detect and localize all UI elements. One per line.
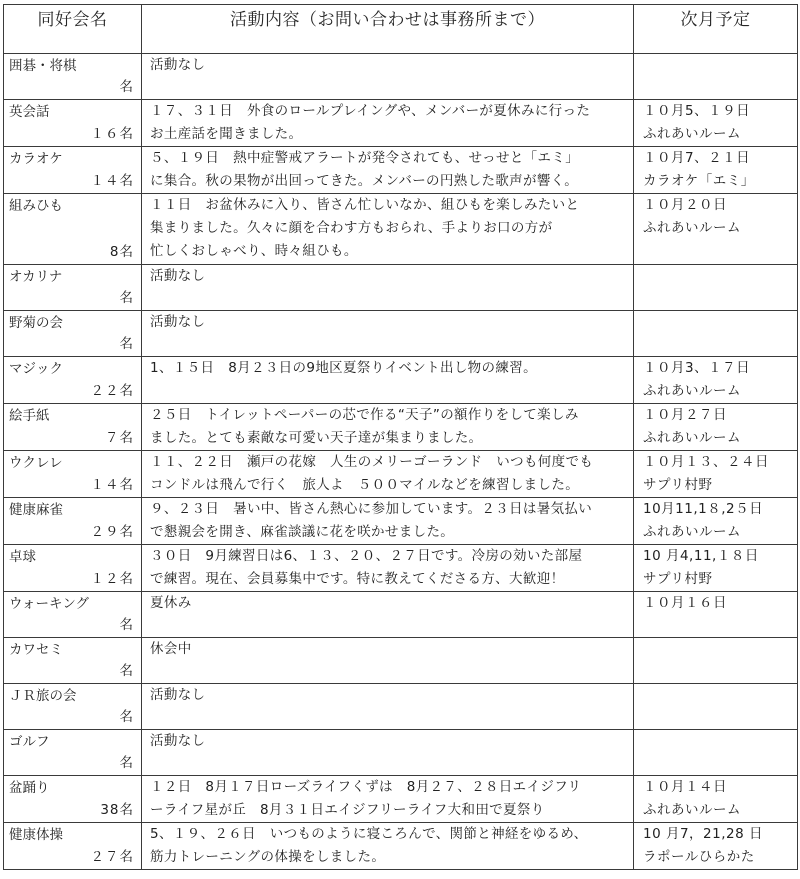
next-place: サプリ村野	[643, 474, 793, 497]
club-name: 盆踊り	[4, 776, 141, 799]
club-name-cell: カワセミ 名	[4, 638, 142, 684]
club-name: カワセミ	[4, 638, 141, 661]
club-name: ゴルフ	[4, 730, 141, 753]
member-count: 名	[120, 614, 135, 636]
table-row: 健康体操 ２７名 5、１９、２６日 いつものように寝ころんで、関節と神経をゆるめ…	[4, 823, 798, 870]
header-next-schedule: 次月予定	[634, 5, 798, 54]
member-count: 名	[120, 333, 135, 355]
member-count: １２名	[91, 568, 135, 590]
next-place: ふれあいルーム	[643, 123, 793, 146]
activity-cell: １１、２２日 瀬戸の花嫁 人生のメリーゴーランド いつも何度でも コンドルは飛ん…	[142, 451, 634, 498]
member-count: 8名	[110, 241, 134, 263]
next-place: ふれあいルーム	[643, 521, 793, 544]
club-name: ウォーキング	[4, 592, 141, 615]
next-place: ふれあいルーム	[643, 427, 793, 450]
next-schedule-cell	[634, 311, 798, 357]
activity-cell: 活動なし	[142, 54, 634, 100]
table-row: 盆踊り 38名 １２日 8月１７日ローズライフくずは 8月２７、２８日エイジフリ…	[4, 776, 798, 823]
activity-text: １２日 8月１７日ローズライフくずは 8月２７、２８日エイジフリ ーライフ星が丘…	[150, 776, 629, 822]
table-row: 健康麻雀 ２９名 ９、２３日 暑い中、皆さん熱心に参加しています。２３日は暑気払…	[4, 498, 798, 545]
next-date: １０月１４日	[643, 776, 793, 799]
activity-text: ３０日 9月練習日は6、１３、２０、２７日です。冷房の効いた部屋 で練習。現在、…	[150, 545, 629, 591]
club-name: 組みひも	[4, 194, 141, 217]
activity-text: 活動なし	[150, 54, 629, 77]
next-date: １０月3、１７日	[643, 357, 793, 380]
activity-cell: 5、１９、２６日 いつものように寝ころんで、関節と神経をゆるめ、 筋力トレーニン…	[142, 823, 634, 870]
member-count: ７名	[105, 427, 134, 449]
next-schedule-cell: １０月１３、２４日 サプリ村野	[634, 451, 798, 498]
activity-cell: １７、３１日 外食のロールプレイングや、メンバーが夏休みに行った お土産話を聞き…	[142, 100, 634, 147]
next-schedule-cell: １０月5、１９日 ふれあいルーム	[634, 100, 798, 147]
activity-cell: ５、１９日 熱中症警戒アラートが発令されても、せっせと「エミ」 に集合。秋の果物…	[142, 147, 634, 194]
member-count: 名	[120, 706, 135, 728]
activity-cell: １２日 8月１７日ローズライフくずは 8月２７、２８日エイジフリ ーライフ星が丘…	[142, 776, 634, 823]
next-schedule-cell	[634, 638, 798, 684]
table-row: 組みひも 8名 １１日 お盆休みに入り、皆さん忙しいなか、組ひもを楽しみたいと …	[4, 194, 798, 265]
header-activity: 活動内容（お問い合わせは事務所まで）	[142, 5, 634, 54]
club-name: ウクレレ	[4, 451, 141, 474]
club-name: カラオケ	[4, 147, 141, 170]
next-date: 10 月4,11,１８日	[643, 545, 793, 568]
table-row: 卓球 １２名 ３０日 9月練習日は6、１３、２０、２７日です。冷房の効いた部屋 …	[4, 545, 798, 592]
next-date: １０月２０日	[643, 194, 793, 217]
next-date: １０月7、２１日	[643, 147, 793, 170]
activity-cell: 活動なし	[142, 730, 634, 776]
member-count: １６名	[91, 123, 135, 145]
next-schedule-cell	[634, 54, 798, 100]
table-row: カラオケ １４名 ５、１９日 熱中症警戒アラートが発令されても、せっせと「エミ」…	[4, 147, 798, 194]
activity-text: 休会中	[150, 638, 629, 661]
activity-text: 5、１９、２６日 いつものように寝ころんで、関節と神経をゆるめ、 筋力トレーニン…	[150, 823, 629, 869]
table-row: ゴルフ 名 活動なし	[4, 730, 798, 776]
member-count: ２７名	[91, 846, 135, 868]
club-name-cell: 健康体操 ２７名	[4, 823, 142, 870]
club-name-cell: ゴルフ 名	[4, 730, 142, 776]
header-row: 同好会名 活動内容（お問い合わせは事務所まで） 次月予定	[4, 5, 798, 54]
next-date: １０月１６日	[643, 592, 793, 615]
next-date: １０月１３、２４日	[643, 451, 793, 474]
member-count: 38名	[100, 799, 134, 821]
club-name: 健康麻雀	[4, 498, 141, 521]
next-date: １０月5、１９日	[643, 100, 793, 123]
club-name: ＪＲ旅の会	[4, 684, 141, 707]
activity-cell: 活動なし	[142, 265, 634, 311]
club-name: 卓球	[4, 545, 141, 568]
next-schedule-cell: １０月２７日 ふれあいルーム	[634, 404, 798, 451]
club-name: マジック	[4, 357, 141, 380]
next-place: ふれあいルーム	[643, 380, 793, 403]
table-row: 英会話 １６名 １７、３１日 外食のロールプレイングや、メンバーが夏休みに行った…	[4, 100, 798, 147]
next-schedule-cell: １０月3、１７日 ふれあいルーム	[634, 357, 798, 404]
club-name-cell: ウクレレ １４名	[4, 451, 142, 498]
activity-text: 活動なし	[150, 684, 629, 707]
activity-text: 活動なし	[150, 311, 629, 334]
club-name: 健康体操	[4, 823, 141, 846]
next-schedule-cell	[634, 684, 798, 730]
member-count: 名	[120, 752, 135, 774]
club-name-cell: 盆踊り 38名	[4, 776, 142, 823]
activity-cell: ９、２３日 暑い中、皆さん熱心に参加しています。２３日は暑気払い で懇親会を開き…	[142, 498, 634, 545]
member-count: 名	[120, 660, 135, 682]
next-place: カラオケ「エミ」	[643, 170, 793, 193]
member-count: ２２名	[91, 380, 135, 402]
next-place: ふれあいルーム	[643, 799, 793, 822]
activity-cell: １１日 お盆休みに入り、皆さん忙しいなか、組ひもを楽しみたいと 集まりました。久…	[142, 194, 634, 265]
club-name-cell: 組みひも 8名	[4, 194, 142, 265]
table-row: ウクレレ １４名 １１、２２日 瀬戸の花嫁 人生のメリーゴーランド いつも何度で…	[4, 451, 798, 498]
club-name: オカリナ	[4, 265, 141, 288]
table-row: ウォーキング 名 夏休み １０月１６日	[4, 592, 798, 638]
activity-text: 夏休み	[150, 592, 629, 615]
next-schedule-cell: １０月１６日	[634, 592, 798, 638]
activity-text: 活動なし	[150, 730, 629, 753]
table-row: マジック ２２名 1、１５日 8月２３日の9地区夏祭りイベント出し物の練習。 １…	[4, 357, 798, 404]
activity-cell: ２５日 トイレットペーパーの芯で作る“天子”の額作りをして楽しみ ました。とても…	[142, 404, 634, 451]
activity-text: ９、２３日 暑い中、皆さん熱心に参加しています。２３日は暑気払い で懇親会を開き…	[150, 498, 629, 544]
next-schedule-cell: １０月7、２１日 カラオケ「エミ」	[634, 147, 798, 194]
club-name-cell: 卓球 １２名	[4, 545, 142, 592]
activity-text: 1、１５日 8月２３日の9地区夏祭りイベント出し物の練習。	[150, 357, 629, 380]
activity-cell: 夏休み	[142, 592, 634, 638]
club-name-cell: カラオケ １４名	[4, 147, 142, 194]
activity-text: １７、３１日 外食のロールプレイングや、メンバーが夏休みに行った お土産話を聞き…	[150, 100, 629, 146]
table-row: オカリナ 名 活動なし	[4, 265, 798, 311]
club-name-cell: オカリナ 名	[4, 265, 142, 311]
next-schedule-cell	[634, 265, 798, 311]
club-name-cell: マジック ２２名	[4, 357, 142, 404]
club-name-cell: ＪＲ旅の会 名	[4, 684, 142, 730]
table-row: ＪＲ旅の会 名 活動なし	[4, 684, 798, 730]
next-date: １０月２７日	[643, 404, 793, 427]
next-schedule-cell: 10月11,1８,2５日 ふれあいルーム	[634, 498, 798, 545]
club-name-cell: ウォーキング 名	[4, 592, 142, 638]
next-schedule-cell: 10 月4,11,１８日 サプリ村野	[634, 545, 798, 592]
activity-cell: ３０日 9月練習日は6、１３、２０、２７日です。冷房の効いた部屋 で練習。現在、…	[142, 545, 634, 592]
club-name-cell: 健康麻雀 ２９名	[4, 498, 142, 545]
next-schedule-cell: 10 月7，21,28 日 ラポールひらかた	[634, 823, 798, 870]
next-date: 10 月7，21,28 日	[643, 823, 793, 846]
club-name: 囲碁・将棋	[4, 54, 141, 77]
club-name: 絵手紙	[4, 404, 141, 427]
club-name: 英会話	[4, 100, 141, 123]
club-name-cell: 囲碁・将棋 名	[4, 54, 142, 100]
member-count: 名	[120, 76, 135, 98]
activity-cell: 活動なし	[142, 311, 634, 357]
activity-text: 活動なし	[150, 265, 629, 288]
next-date: 10月11,1８,2５日	[643, 498, 793, 521]
member-count: ２９名	[91, 521, 135, 543]
table-row: カワセミ 名 休会中	[4, 638, 798, 684]
next-place: ふれあいルーム	[643, 217, 793, 240]
next-place: サプリ村野	[643, 568, 793, 591]
activity-cell: 活動なし	[142, 684, 634, 730]
table-row: 絵手紙 ７名 ２５日 トイレットペーパーの芯で作る“天子”の額作りをして楽しみ …	[4, 404, 798, 451]
member-count: １４名	[91, 474, 135, 496]
activity-text: １１、２２日 瀬戸の花嫁 人生のメリーゴーランド いつも何度でも コンドルは飛ん…	[150, 451, 629, 497]
next-place: ラポールひらかた	[643, 846, 793, 869]
header-club-name: 同好会名	[4, 5, 142, 54]
next-schedule-cell	[634, 730, 798, 776]
activity-text: ５、１９日 熱中症警戒アラートが発令されても、せっせと「エミ」 に集合。秋の果物…	[150, 147, 629, 193]
club-activity-table: 同好会名 活動内容（お問い合わせは事務所まで） 次月予定 囲碁・将棋 名 活動な…	[3, 4, 798, 870]
next-schedule-cell: １０月１４日 ふれあいルーム	[634, 776, 798, 823]
activity-cell: 休会中	[142, 638, 634, 684]
club-name-cell: 絵手紙 ７名	[4, 404, 142, 451]
member-count: １４名	[91, 170, 135, 192]
table-row: 囲碁・将棋 名 活動なし	[4, 54, 798, 100]
activity-text: ２５日 トイレットペーパーの芯で作る“天子”の額作りをして楽しみ ました。とても…	[150, 404, 629, 450]
club-name-cell: 英会話 １６名	[4, 100, 142, 147]
club-name-cell: 野菊の会 名	[4, 311, 142, 357]
activity-text: １１日 お盆休みに入り、皆さん忙しいなか、組ひもを楽しみたいと 集まりました。久…	[150, 194, 629, 263]
next-schedule-cell: １０月２０日 ふれあいルーム	[634, 194, 798, 265]
table-row: 野菊の会 名 活動なし	[4, 311, 798, 357]
activity-cell: 1、１５日 8月２３日の9地区夏祭りイベント出し物の練習。	[142, 357, 634, 404]
club-name: 野菊の会	[4, 311, 141, 334]
member-count: 名	[120, 287, 135, 309]
